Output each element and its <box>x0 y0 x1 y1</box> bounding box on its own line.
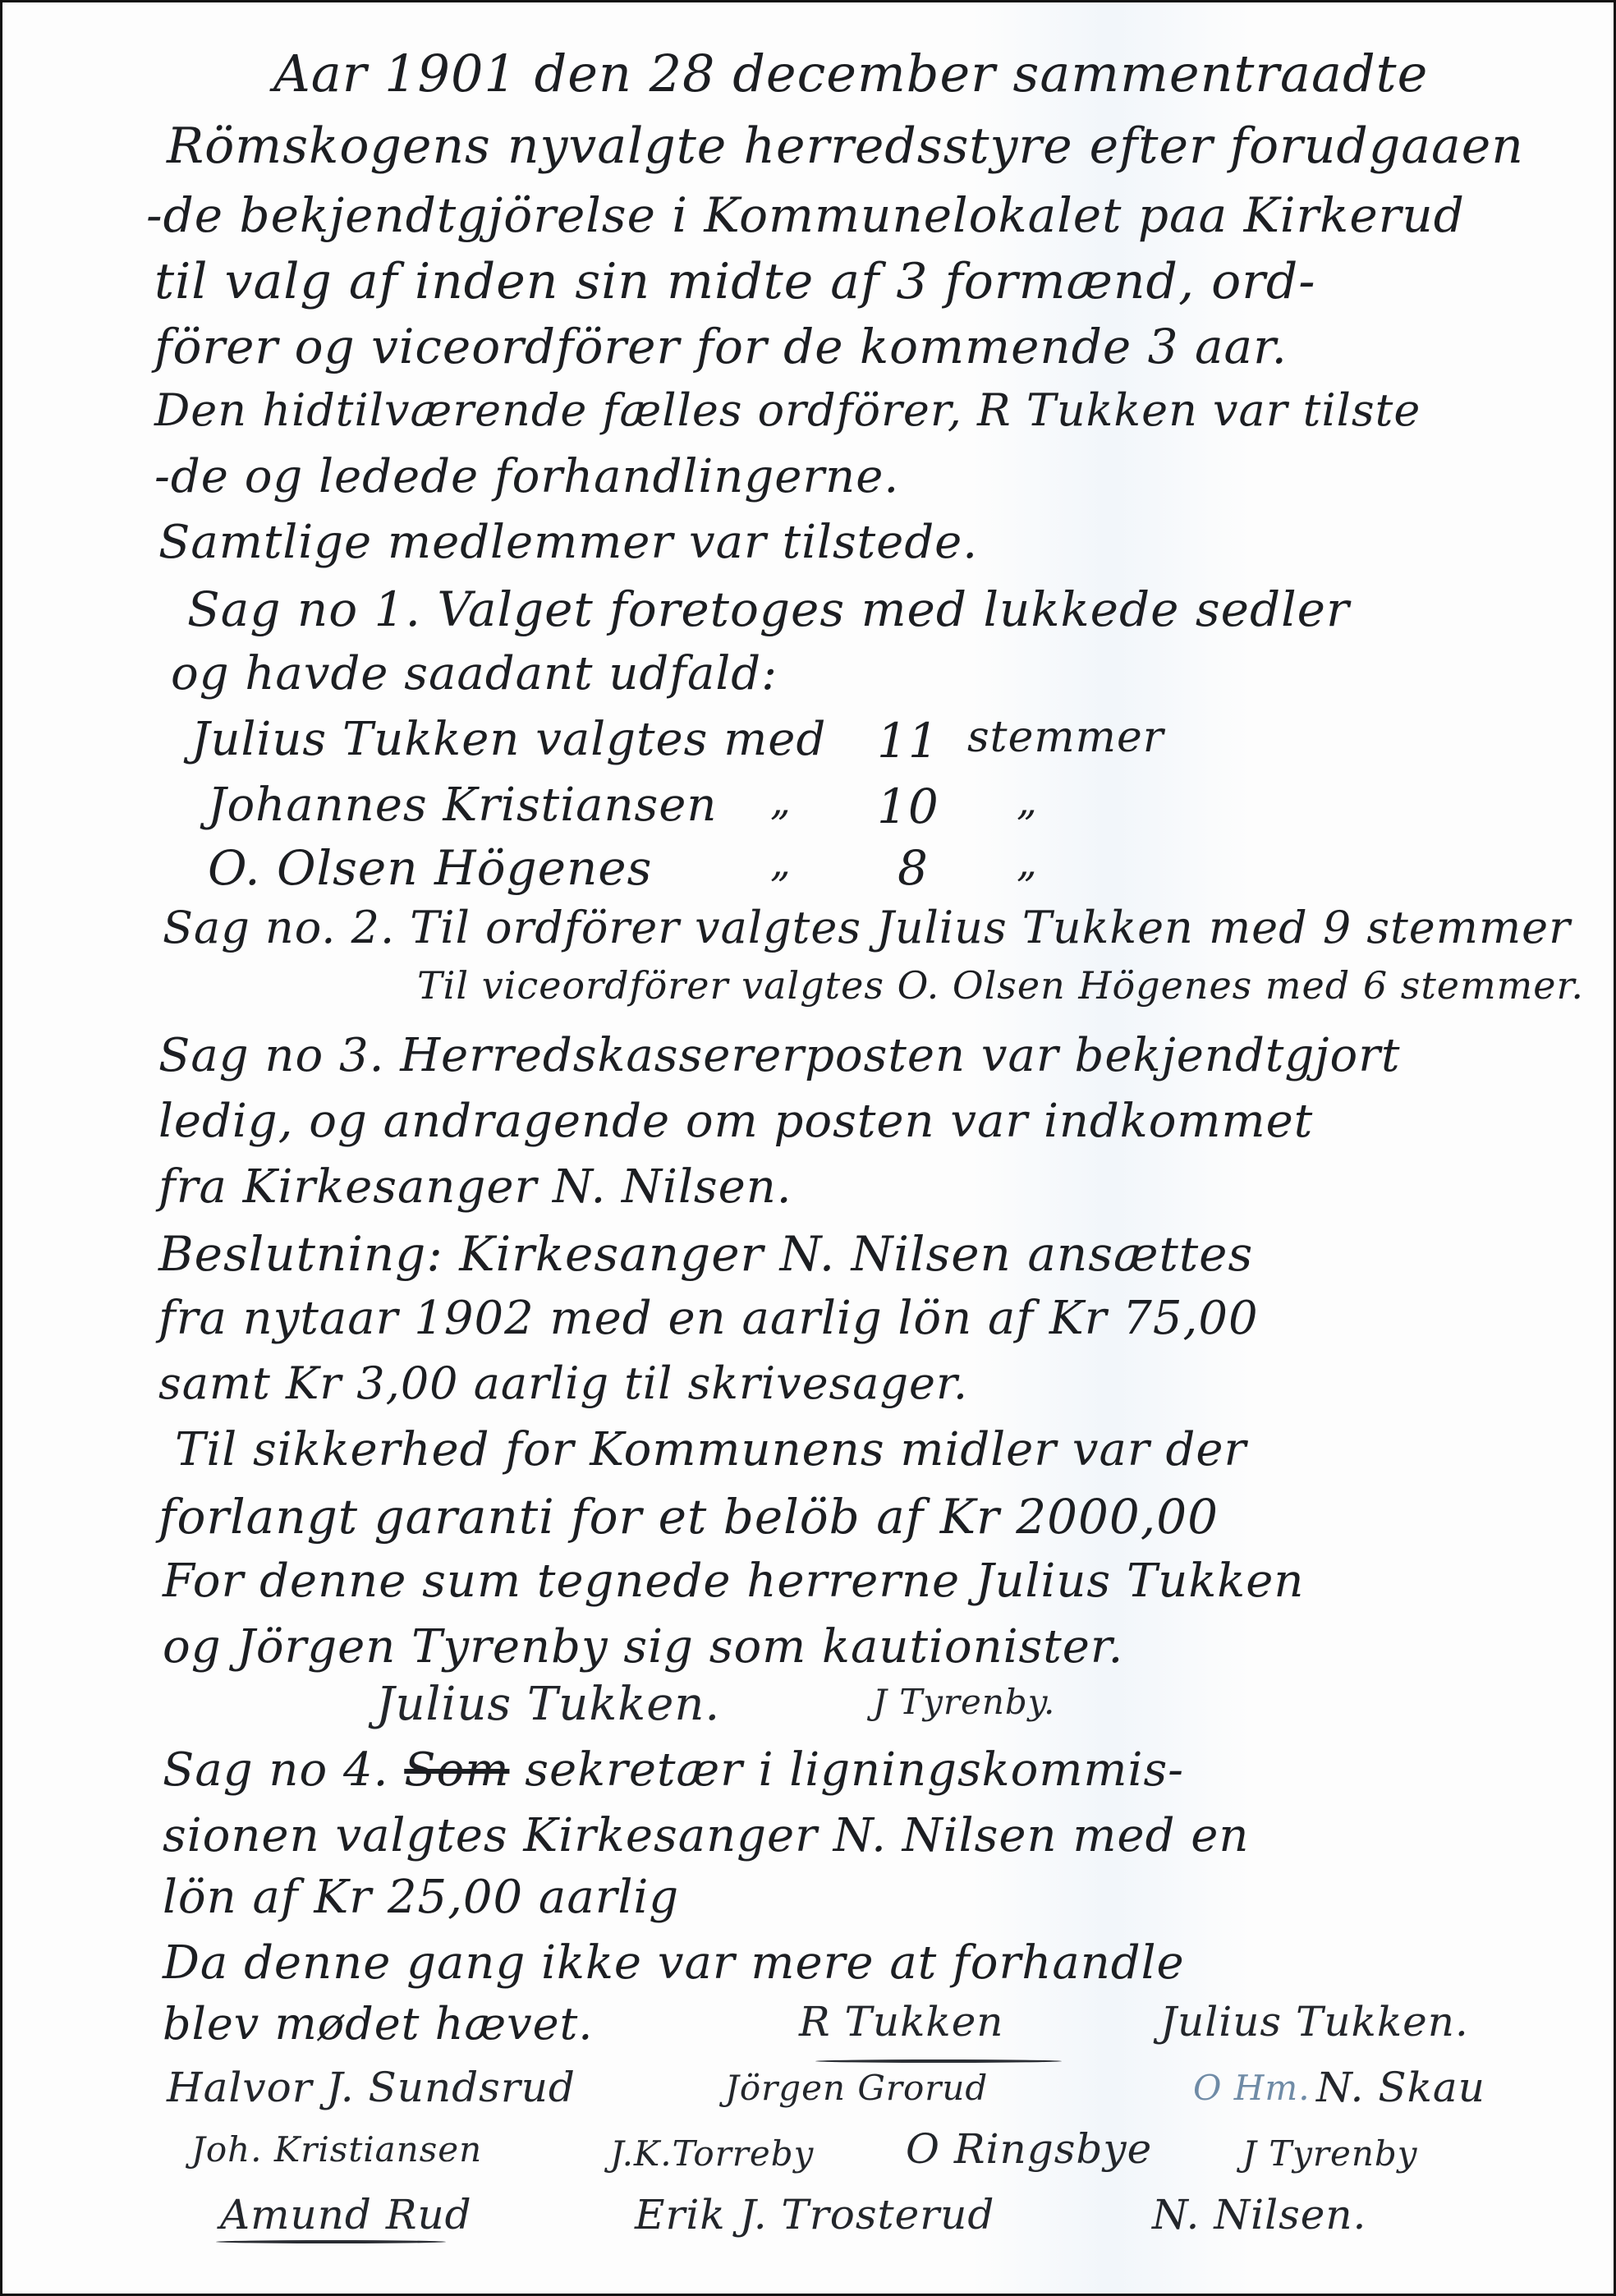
vote-row-ditto: „ <box>770 778 792 824</box>
text-line-6: Den hidtilværende fælles ordförer, R Tuk… <box>154 384 1421 436</box>
text-line-sag1: Sag no 1. Valget foretoges med lukkede s… <box>187 581 1350 637</box>
sag3-line-3: fra Kirkesanger N. Nilsen. <box>158 1160 792 1214</box>
sag3-line-8: forlangt garanti for et belöb af Kr 2000… <box>158 1489 1219 1545</box>
signature-julius-tukken-2: Julius Tukken. <box>1160 1998 1469 2046</box>
vote-row-count: 8 <box>898 840 929 896</box>
sag4-prefix: Sag no 4. <box>163 1743 388 1797</box>
sag3-line-6: samt Kr 3,00 aarlig til skrivesager. <box>158 1357 968 1409</box>
vote-row-name: O. Olsen Högenes <box>208 840 652 896</box>
vote-row-name: Johannes Kristiansen <box>208 778 718 832</box>
text-line-2: Römskogens nyvalgte herredsstyre efter f… <box>167 117 1524 175</box>
sag3-line-4: Beslutning: Kirkesanger N. Nilsen ansætt… <box>158 1226 1253 1282</box>
document-page: Aar 1901 den 28 december sammentraadte R… <box>0 0 1616 2296</box>
sag3-line-2: ledig, og andragende om posten var indko… <box>158 1095 1313 1148</box>
vote-row-unit: „ <box>1017 840 1038 886</box>
signature-n-nilsen: N. Nilsen. <box>1152 2191 1366 2239</box>
signature-j-tyrenby: J Tyrenby. <box>873 1682 1055 1722</box>
signature-torreby: J.K.Torreby <box>610 2133 814 2174</box>
text-line-8: Samtlige medlemmer var tilstede. <box>158 516 978 569</box>
signature-o-ringsbye: O Ringsbye <box>906 2125 1152 2173</box>
closing-line-1: Da denne gang ikke var mere at forhandle <box>163 1936 1185 1990</box>
signature-julius-tukken: Julius Tukken. <box>376 1678 720 1731</box>
sag4-rest: sekretær i ligningskommis- <box>525 1743 1184 1797</box>
sag3-line-5: fra nytaar 1902 med en aarlig lön af Kr … <box>158 1292 1259 1345</box>
text-line-3: -de bekjendtgjörelse i Kommunelokalet pa… <box>146 187 1465 243</box>
sag4-line-2: sionen valgtes Kirkesanger N. Nilsen med… <box>163 1809 1249 1862</box>
sag2-line-1: Sag no. 2. Til ordförer valgtes Julius T… <box>163 902 1571 953</box>
text-line-1: Aar 1901 den 28 december sammentraadte <box>273 44 1428 103</box>
text-line-10: og havde saadant udfald: <box>171 647 778 700</box>
signature-jorgen-grorud: Jörgen Grorud <box>725 2068 988 2108</box>
text-line-7: -de og ledede forhandlingerne. <box>154 450 899 503</box>
signature-flourish <box>216 2240 446 2243</box>
vote-row-ditto: „ <box>770 840 792 886</box>
sag3-line-10: og Jörgen Tyrenby sig som kautionister. <box>163 1620 1123 1674</box>
signature-amund-rud: Amund Rud <box>220 2191 472 2239</box>
signature-n-skau: N. Skau <box>1316 2064 1485 2111</box>
sag2-line-2: Til viceordförer valgtes O. Olsen Högene… <box>417 963 1584 1008</box>
closing-line-2: blev mødet hævet. <box>163 1998 593 2050</box>
sag4-line-3: lön af Kr 25,00 aarlig <box>163 1871 679 1924</box>
signature-flourish <box>815 2060 1062 2063</box>
text-line-5: förer og viceordförer for de kommende 3 … <box>154 319 1288 374</box>
signature-joh-kristiansen: Joh. Kristiansen <box>191 2129 482 2170</box>
struck-word: Som <box>404 1743 509 1797</box>
signature-r-tukken: R Tukken <box>799 1998 1003 2046</box>
vote-row-count: 10 <box>877 778 939 834</box>
sag3-line-7: Til sikkerhed for Kommunens midler var d… <box>175 1423 1246 1476</box>
signature-erik-trosterud: Erik J. Trosterud <box>635 2191 994 2239</box>
vote-row-unit: „ <box>1017 778 1038 824</box>
text-line-4: til valg af inden sin midte af 3 formænd… <box>154 253 1316 310</box>
vote-row-name: Julius Tukken valgtes med <box>191 713 826 766</box>
signature-halvor-sundsrud: Halvor J. Sundsrud <box>167 2064 576 2111</box>
sag4-line-1: Sag no 4. Som sekretær i ligningskommis- <box>163 1743 1184 1797</box>
signature-o-hm: O Hm. <box>1193 2068 1311 2108</box>
signature-j-tyrenby-2: J Tyrenby <box>1242 2133 1418 2174</box>
sag3-line-9: For denne sum tegnede herrerne Julius Tu… <box>163 1554 1304 1608</box>
sag3-line-1: Sag no 3. Herredskassererposten var bekj… <box>158 1029 1401 1082</box>
vote-row-unit: stemmer <box>967 713 1164 762</box>
vote-row-count: 11 <box>877 713 939 769</box>
